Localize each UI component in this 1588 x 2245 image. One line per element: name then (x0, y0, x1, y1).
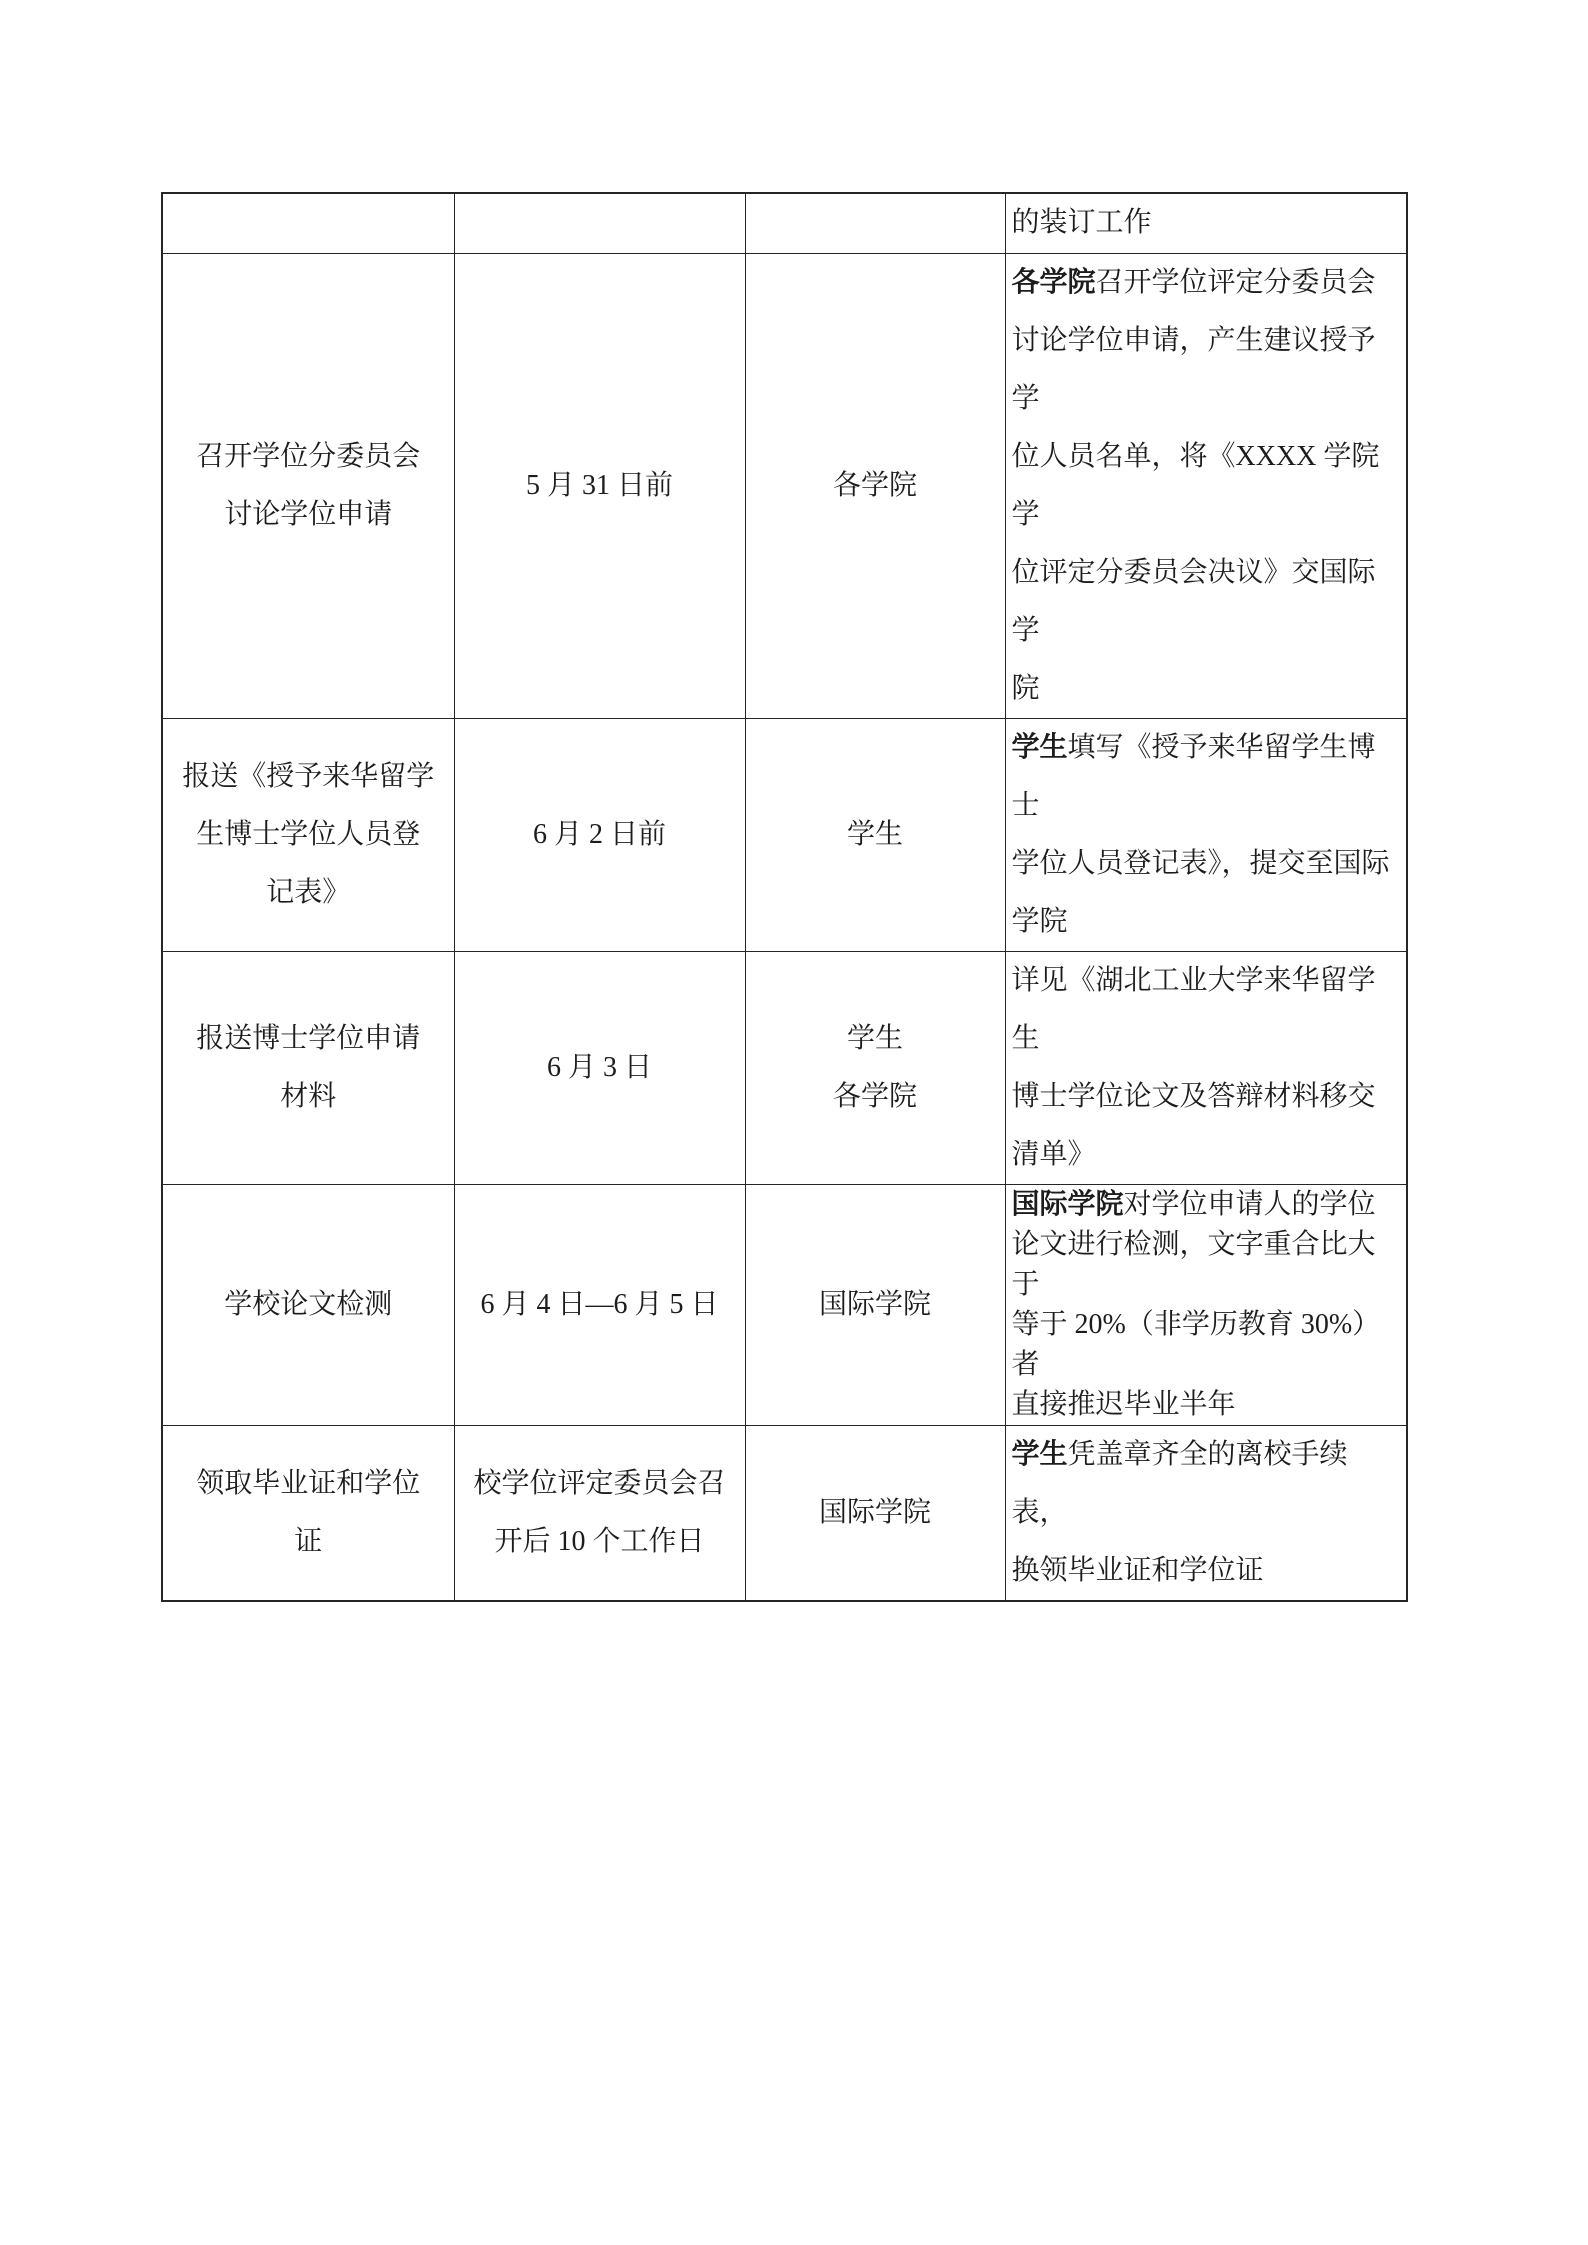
notes-bold-prefix: 各学院 (1012, 267, 1096, 298)
notes-text: 召开学位评定分委员会 讨论学位申请，产生建议授予学 位人员名单，将《XXXX 学… (1012, 267, 1380, 704)
cell-notes: 的装订工作 (1005, 193, 1407, 253)
table-row: 学校论文检测 6 月 4 日—6 月 5 日 国际学院 国际学院对学位申请人的学… (162, 1184, 1407, 1425)
notes-bold-prefix: 学生 (1012, 1439, 1068, 1470)
cell-deadline: 6 月 2 日前 (454, 718, 745, 951)
notes-text: 的装订工作 (1012, 207, 1152, 238)
cell-owner: 国际学院 (745, 1425, 1005, 1601)
table-row: 报送博士学位申请 材料 6 月 3 日 学生 各学院 详见《湖北工业大学来华留学… (162, 951, 1407, 1184)
cell-owner (745, 193, 1005, 253)
cell-notes: 详见《湖北工业大学来华留学生 博士学位论文及答辩材料移交 清单》 (1005, 951, 1407, 1184)
table-row: 领取毕业证和学位 证 校学位评定委员会召 开后 10 个工作日 国际学院 学生凭… (162, 1425, 1407, 1601)
cell-owner: 学生 各学院 (745, 951, 1005, 1184)
cell-deadline: 6 月 3 日 (454, 951, 745, 1184)
notes-text: 详见《湖北工业大学来华留学生 博士学位论文及答辩材料移交 清单》 (1012, 965, 1376, 1170)
notes-bold-prefix: 国际学院 (1012, 1189, 1124, 1220)
cell-notes: 国际学院对学位申请人的学位 论文进行检测，文字重合比大于 等于 20%（非学历教… (1005, 1184, 1407, 1425)
cell-notes: 各学院召开学位评定分委员会 讨论学位申请，产生建议授予学 位人员名单，将《XXX… (1005, 253, 1407, 718)
cell-owner: 学生 (745, 718, 1005, 951)
cell-deadline: 6 月 4 日—6 月 5 日 (454, 1184, 745, 1425)
cell-task: 报送《授予来华留学 生博士学位人员登 记表》 (162, 718, 454, 951)
cell-notes: 学生填写《授予来华留学生博士 学位人员登记表》，提交至国际 学院 (1005, 718, 1407, 951)
cell-task: 领取毕业证和学位 证 (162, 1425, 454, 1601)
cell-deadline: 校学位评定委员会召 开后 10 个工作日 (454, 1425, 745, 1601)
table-row: 报送《授予来华留学 生博士学位人员登 记表》 6 月 2 日前 学生 学生填写《… (162, 718, 1407, 951)
cell-task (162, 193, 454, 253)
notes-text: 填写《授予来华留学生博士 学位人员登记表》，提交至国际 学院 (1012, 732, 1390, 937)
document-page: 的装订工作 召开学位分委员会 讨论学位申请 5 月 31 日前 各学院 各学院召… (0, 0, 1588, 2245)
notes-bold-prefix: 学生 (1012, 732, 1068, 763)
cell-task: 召开学位分委员会 讨论学位申请 (162, 253, 454, 718)
cell-deadline (454, 193, 745, 253)
table-row: 的装订工作 (162, 193, 1407, 253)
table-row: 召开学位分委员会 讨论学位申请 5 月 31 日前 各学院 各学院召开学位评定分… (162, 253, 1407, 718)
cell-deadline: 5 月 31 日前 (454, 253, 745, 718)
cell-owner: 国际学院 (745, 1184, 1005, 1425)
notes-text: 对学位申请人的学位 论文进行检测，文字重合比大于 等于 20%（非学历教育 30… (1012, 1189, 1381, 1420)
schedule-table: 的装订工作 召开学位分委员会 讨论学位申请 5 月 31 日前 各学院 各学院召… (161, 192, 1408, 1602)
cell-owner: 各学院 (745, 253, 1005, 718)
cell-task: 学校论文检测 (162, 1184, 454, 1425)
cell-notes: 学生凭盖章齐全的离校手续表， 换领毕业证和学位证 (1005, 1425, 1407, 1601)
cell-task: 报送博士学位申请 材料 (162, 951, 454, 1184)
